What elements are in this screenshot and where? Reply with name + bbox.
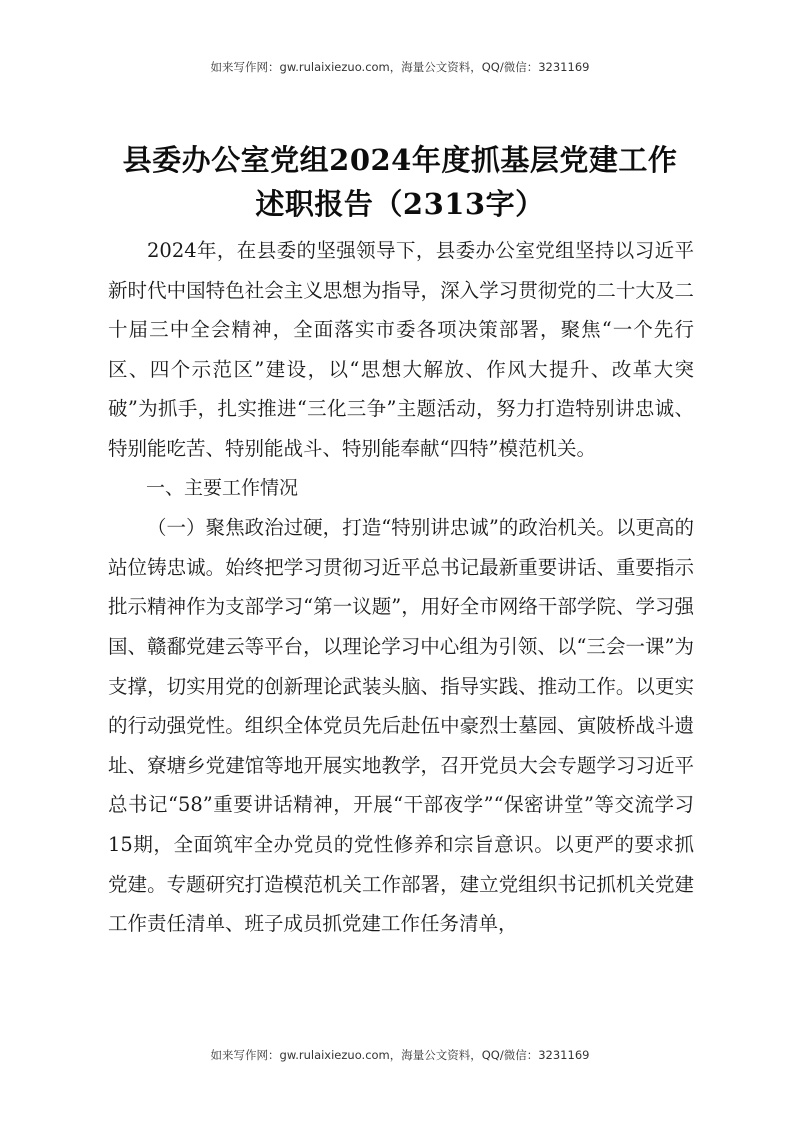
header-watermark: 如来写作网：gw.rulaixiezuo.com，海量公文资料，QQ/微信：32…: [0, 59, 800, 75]
section-heading: 一、主要工作情况: [108, 469, 694, 509]
body-paragraph: （一）聚焦政治过硬，打造“特别讲忠诚”的政治机关。以更高的站位铸忠诚。始终把学习…: [108, 508, 694, 944]
footer-watermark: 如来写作网：gw.rulaixiezuo.com，海量公文资料，QQ/微信：32…: [0, 1047, 800, 1063]
document-title: 县委办公室党组2024年度抓基层党建工作述职报告（2313字）: [110, 138, 690, 226]
intro-paragraph: 2024年，在县委的坚强领导下，县委办公室党组坚持以习近平新时代中国特色社会主义…: [108, 231, 694, 469]
document-body: 2024年，在县委的坚强领导下，县委办公室党组坚持以习近平新时代中国特色社会主义…: [108, 231, 694, 944]
